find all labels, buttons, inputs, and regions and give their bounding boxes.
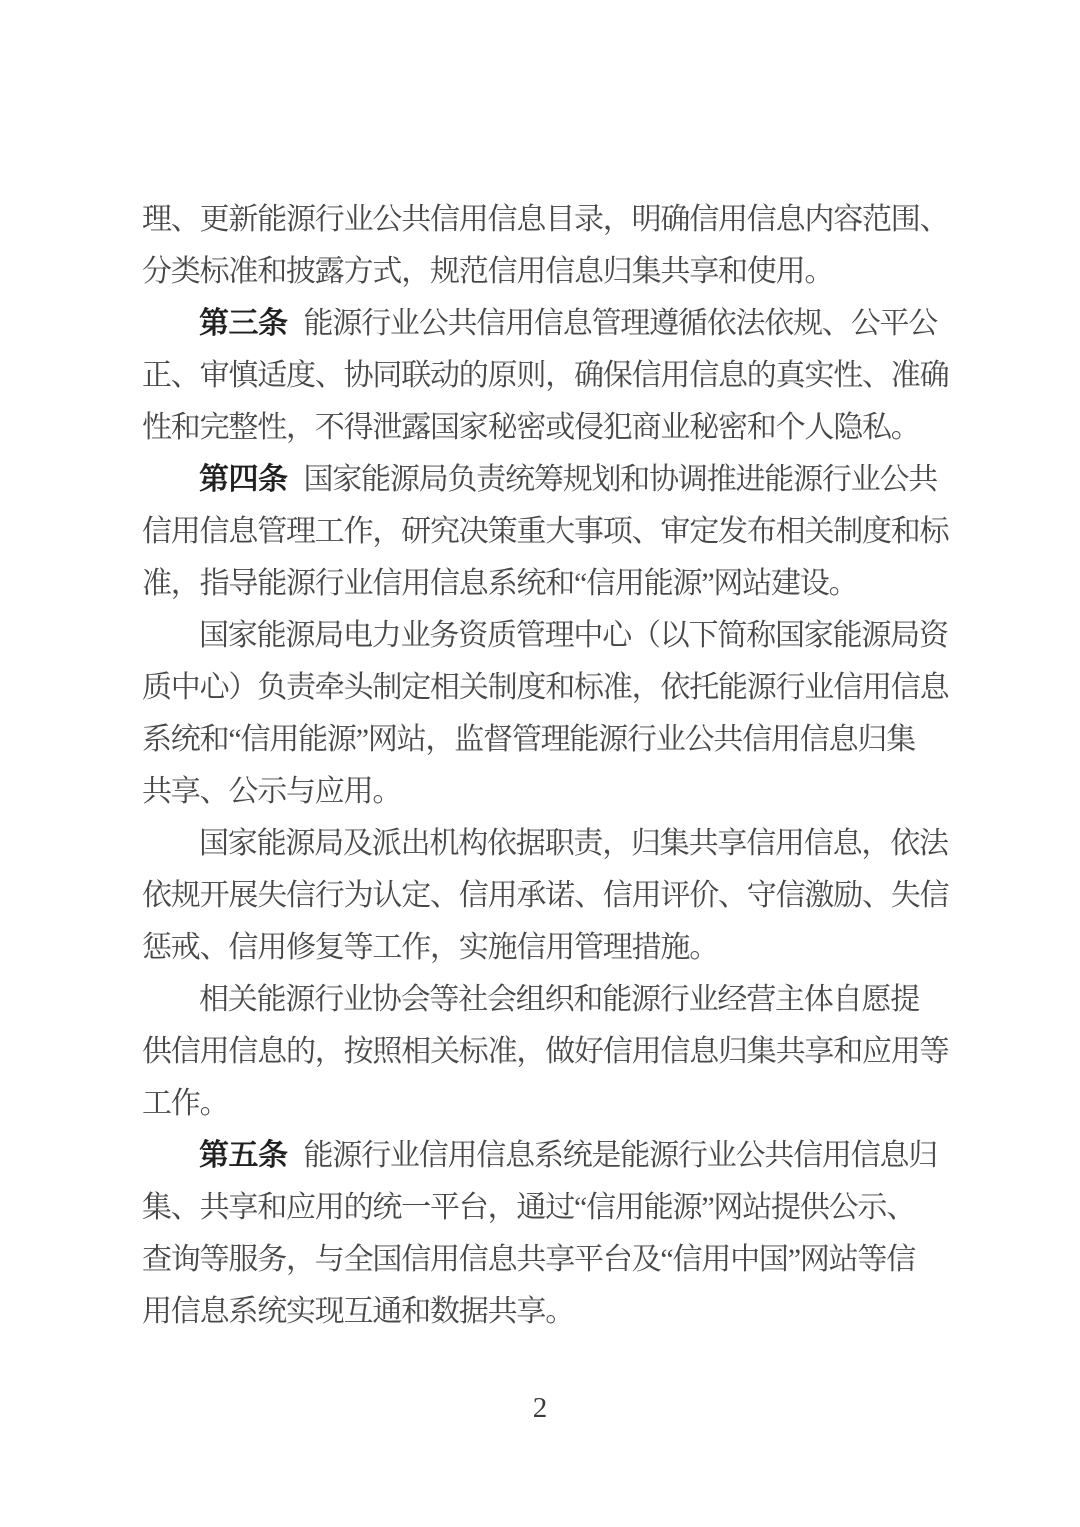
text-line: 正、审慎适度、协同联动的原则，确保信用信息的真实性、准确 xyxy=(142,350,957,402)
text-line-content: 国家能源局电力业务资质管理中心（以下简称国家能源局资 xyxy=(199,619,948,652)
text-line: 惩戒、信用修复等工作，实施信用管理措施。 xyxy=(142,922,957,974)
document-page: 理、更新能源行业公共信用信息目录，明确信用信息内容范围、分类标准和披露方式，规范… xyxy=(0,0,1080,1527)
text-line: 依规开展失信行为认定、信用承诺、信用评价、守信激励、失信 xyxy=(142,870,957,922)
text-line-content: 集、共享和应用的统一平台，通过“信用能源”网站提供公示、 xyxy=(142,1191,915,1224)
article-number: 第四条 xyxy=(199,463,288,496)
text-line-content: 共享、公示与应用。 xyxy=(142,775,401,808)
text-line-content: 国家能源局负责统筹规划和协调推进能源行业公共 xyxy=(304,463,938,496)
text-line-content: 信用信息管理工作，研究决策重大事项、审定发布相关制度和标 xyxy=(142,515,948,548)
text-line: 第五条能源行业信用信息系统是能源行业公共信用信息归 xyxy=(142,1130,957,1182)
text-line: 国家能源局及派出机构依据职责，归集共享信用信息，依法 xyxy=(142,818,957,870)
document-body: 理、更新能源行业公共信用信息目录，明确信用信息内容范围、分类标准和披露方式，规范… xyxy=(142,194,957,1338)
text-line-content: 查询等服务，与全国信用信息共享平台及“信用中国”网站等信 xyxy=(142,1243,915,1276)
text-line: 工作。 xyxy=(142,1078,957,1130)
text-line-content: 能源行业信用信息系统是能源行业公共信用信息归 xyxy=(304,1139,938,1172)
text-line-content: 工作。 xyxy=(142,1087,228,1120)
text-line: 第四条国家能源局负责统筹规划和协调推进能源行业公共 xyxy=(142,454,957,506)
text-line: 用信息系统实现互通和数据共享。 xyxy=(142,1286,957,1338)
article-number: 第五条 xyxy=(199,1139,288,1172)
text-line: 共享、公示与应用。 xyxy=(142,766,957,818)
text-line: 理、更新能源行业公共信用信息目录，明确信用信息内容范围、 xyxy=(142,194,957,246)
text-line: 国家能源局电力业务资质管理中心（以下简称国家能源局资 xyxy=(142,610,957,662)
text-line-content: 供信用信息的，按照相关标准，做好信用信息归集共享和应用等 xyxy=(142,1035,948,1068)
text-line-content: 正、审慎适度、协同联动的原则，确保信用信息的真实性、准确 xyxy=(142,359,948,392)
text-line: 供信用信息的，按照相关标准，做好信用信息归集共享和应用等 xyxy=(142,1026,957,1078)
text-line: 性和完整性，不得泄露国家秘密或侵犯商业秘密和个人隐私。 xyxy=(142,402,957,454)
text-line-content: 能源行业公共信用信息管理遵循依法依规、公平公 xyxy=(304,307,938,340)
article-number: 第三条 xyxy=(199,307,288,340)
text-line: 质中心）负责牵头制定相关制度和标准，依托能源行业信用信息 xyxy=(142,662,957,714)
text-line: 准，指导能源行业信用信息系统和“信用能源”网站建设。 xyxy=(142,558,957,610)
text-line: 查询等服务，与全国信用信息共享平台及“信用中国”网站等信 xyxy=(142,1234,957,1286)
text-line-content: 用信息系统实现互通和数据共享。 xyxy=(142,1295,574,1328)
text-line: 信用信息管理工作，研究决策重大事项、审定发布相关制度和标 xyxy=(142,506,957,558)
text-line-content: 准，指导能源行业信用信息系统和“信用能源”网站建设。 xyxy=(142,567,857,600)
text-line-content: 分类标准和披露方式，规范信用信息归集共享和使用。 xyxy=(142,255,833,288)
text-line: 集、共享和应用的统一平台，通过“信用能源”网站提供公示、 xyxy=(142,1182,957,1234)
text-line-content: 惩戒、信用修复等工作，实施信用管理措施。 xyxy=(142,931,718,964)
text-line-content: 理、更新能源行业公共信用信息目录，明确信用信息内容范围、 xyxy=(142,203,948,236)
text-line: 系统和“信用能源”网站，监督管理能源行业公共信用信息归集 xyxy=(142,714,957,766)
text-line-content: 依规开展失信行为认定、信用承诺、信用评价、守信激励、失信 xyxy=(142,879,948,912)
text-line-content: 系统和“信用能源”网站，监督管理能源行业公共信用信息归集 xyxy=(142,723,915,756)
text-line-content: 相关能源行业协会等社会组织和能源行业经营主体自愿提 xyxy=(199,983,919,1016)
text-line: 第三条能源行业公共信用信息管理遵循依法依规、公平公 xyxy=(142,298,957,350)
text-line: 分类标准和披露方式，规范信用信息归集共享和使用。 xyxy=(142,246,957,298)
page-number: 2 xyxy=(0,1388,1080,1428)
text-line-content: 质中心）负责牵头制定相关制度和标准，依托能源行业信用信息 xyxy=(142,671,948,704)
text-line-content: 性和完整性，不得泄露国家秘密或侵犯商业秘密和个人隐私。 xyxy=(142,411,920,444)
text-line: 相关能源行业协会等社会组织和能源行业经营主体自愿提 xyxy=(142,974,957,1026)
text-line-content: 国家能源局及派出机构依据职责，归集共享信用信息，依法 xyxy=(199,827,948,860)
